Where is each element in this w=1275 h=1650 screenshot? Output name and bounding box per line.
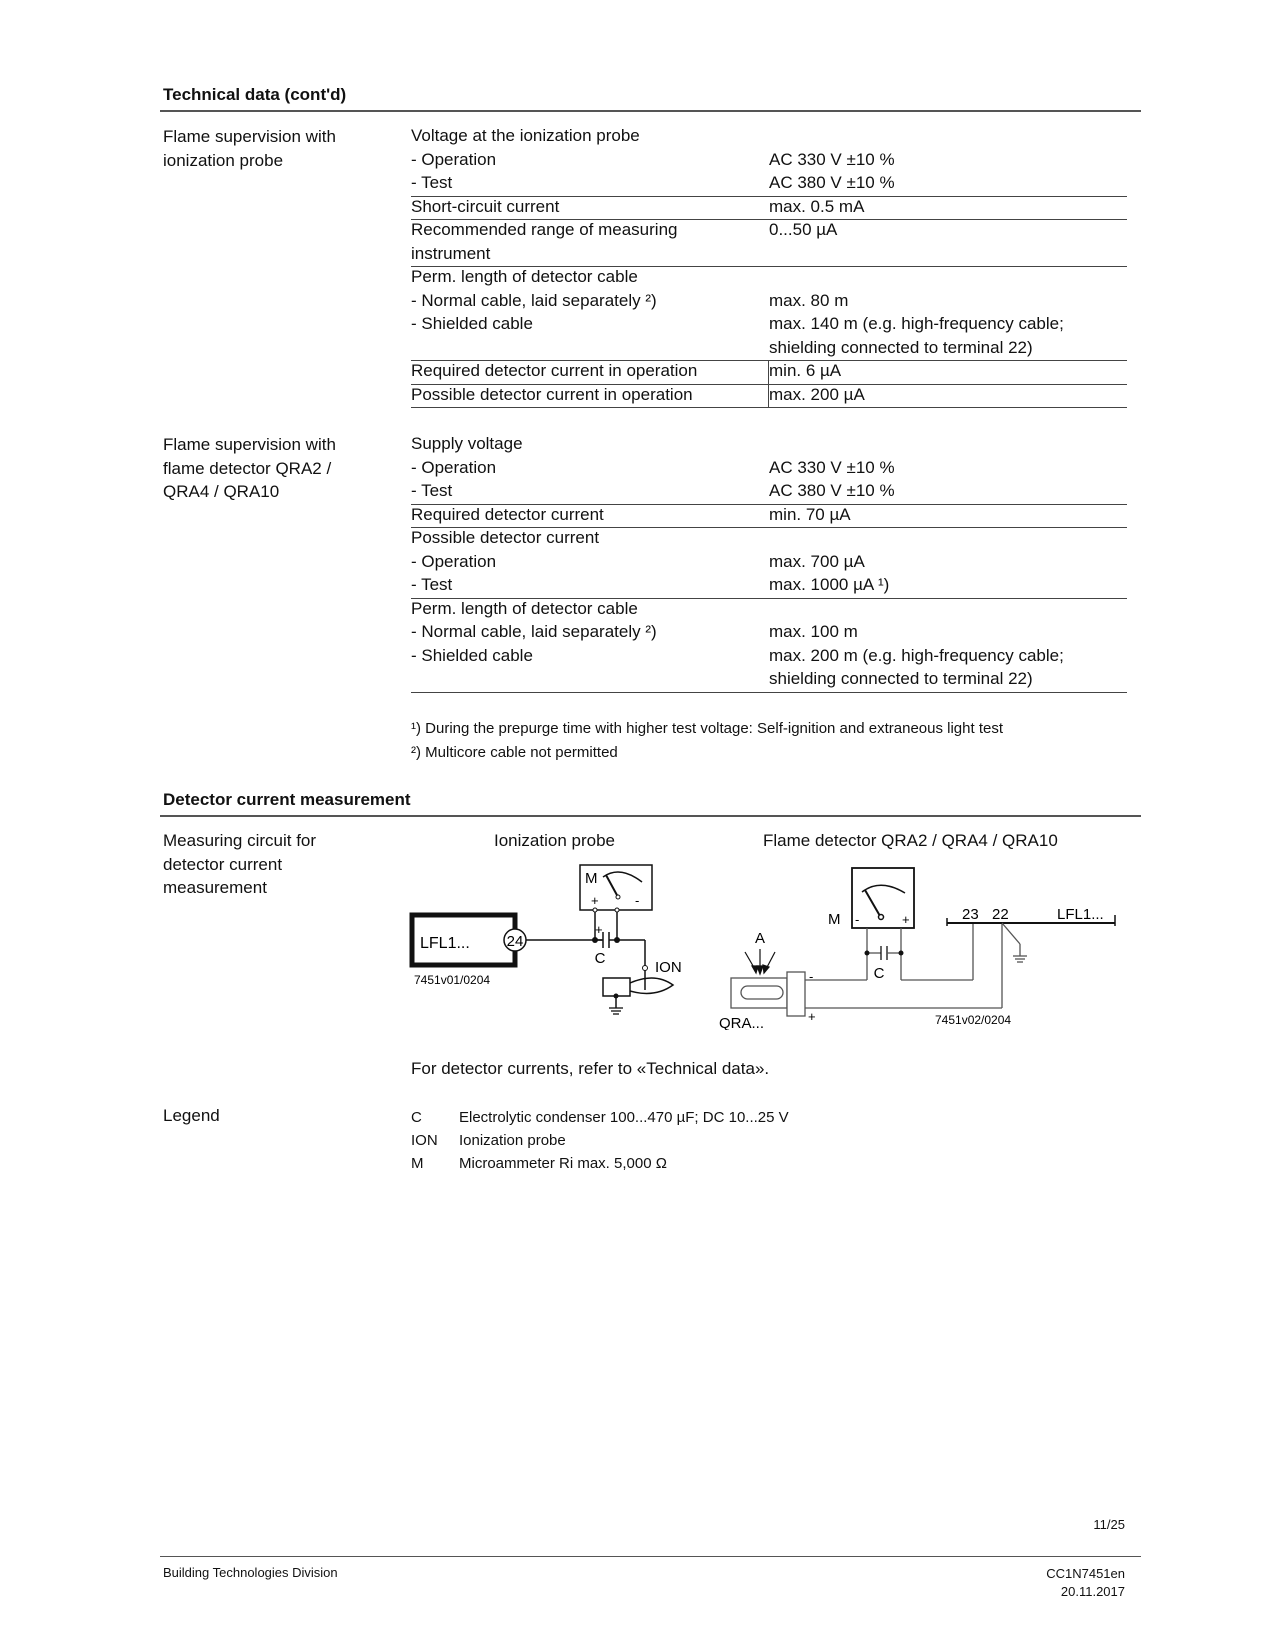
- spec-label: - Shielded cable: [411, 312, 533, 336]
- spec-value: max. 1000 µA ¹): [769, 573, 889, 597]
- cap-label: C: [595, 950, 606, 967]
- spec-value: 0...50 µA: [769, 218, 837, 242]
- spec-label: Possible detector current in operation: [411, 383, 693, 407]
- group-label-line: Flame supervision with: [163, 125, 336, 149]
- footer-division: Building Technologies Division: [163, 1565, 338, 1580]
- section-title-technical-data: Technical data (cont'd): [163, 85, 346, 105]
- group-label-line: Flame supervision with: [163, 433, 336, 457]
- spec-label: Required detector current in operation: [411, 359, 697, 383]
- spec-label: Voltage at the ionization probe: [411, 124, 640, 148]
- diagram-title-flame-detector: Flame detector QRA2 / QRA4 / QRA10: [763, 829, 1058, 853]
- row-divider: [411, 384, 1127, 385]
- footer-divider: [160, 1556, 1141, 1557]
- spec-label: - Normal cable, laid separately ²): [411, 620, 657, 644]
- page-number: 11/25: [1093, 1517, 1125, 1532]
- spec-label: Required detector current: [411, 503, 604, 527]
- doc-id: CC1N7451en: [1046, 1565, 1125, 1583]
- row-divider: [411, 598, 1127, 599]
- meter-label: M: [828, 911, 841, 928]
- spec-label: Supply voltage: [411, 432, 523, 456]
- meter-minus: -: [855, 912, 859, 927]
- qra-minus: -: [809, 969, 813, 984]
- legend-item: IONIonization probe: [411, 1129, 789, 1152]
- spec-value: max. 700 µA: [769, 550, 865, 574]
- legend-text: Ionization probe: [459, 1132, 566, 1149]
- spec-value: AC 380 V ±10 %: [769, 479, 895, 503]
- spec-label: Possible detector current: [411, 526, 599, 550]
- spec-value: max. 200 µA: [769, 383, 865, 407]
- detector-current-note: For detector currents, refer to «Technic…: [411, 1057, 769, 1081]
- row-divider: [411, 407, 1127, 408]
- spec-label: - Test: [411, 171, 452, 195]
- cap-label: C: [874, 965, 885, 982]
- footnote-text: Multicore cable not permitted: [425, 744, 618, 761]
- legend-key: C: [411, 1106, 459, 1129]
- row-divider: [411, 692, 1127, 693]
- terminal-23: 23: [962, 906, 979, 923]
- diagram-ref: 7451v02/0204: [935, 1013, 1011, 1027]
- spec-label: Perm. length of detector cable: [411, 265, 638, 289]
- spec-label: Short-circuit current: [411, 195, 559, 219]
- section-divider: [160, 110, 1141, 112]
- measuring-circuit-label: Measuring circuit for detector current m…: [163, 829, 316, 900]
- footnote-mark: ¹): [411, 720, 421, 737]
- row-divider: [411, 527, 1127, 528]
- spec-value: max. 140 m (e.g. high-frequency cable;: [769, 312, 1064, 336]
- spec-value: shielding connected to terminal 22): [769, 336, 1033, 360]
- legend-item: MMicroammeter Ri max. 5,000 Ω: [411, 1152, 789, 1175]
- footnote-1: ¹) During the prepurge time with higher …: [411, 717, 1003, 740]
- spec-label: Recommended range of measuring: [411, 218, 677, 242]
- row-divider: [411, 504, 1127, 505]
- meter-plus: +: [902, 912, 910, 927]
- light-label: A: [755, 930, 765, 947]
- group-label-line: ionization probe: [163, 149, 336, 173]
- footnote-mark: ²): [411, 744, 421, 761]
- group-label-line: flame detector QRA2 /: [163, 457, 336, 481]
- light-arrows-icon: [745, 949, 775, 974]
- spec-value: max. 0.5 mA: [769, 195, 864, 219]
- spec-label: - Normal cable, laid separately ²): [411, 289, 657, 313]
- row-divider: [411, 266, 1127, 267]
- spec-value: AC 380 V ±10 %: [769, 171, 895, 195]
- spec-label: - Test: [411, 479, 452, 503]
- row-divider: [411, 219, 1127, 220]
- spec-label: instrument: [411, 242, 490, 266]
- group-label-line: QRA4 / QRA10: [163, 480, 336, 504]
- legend-key: ION: [411, 1129, 459, 1152]
- spec-value: max. 80 m: [769, 289, 848, 313]
- ionization-probe-circuit-diagram: LFL1... 24 + C M + - ION 7451v01/0204: [405, 860, 685, 1020]
- section-divider: [160, 815, 1141, 817]
- lfl-unit-label: LFL1...: [420, 935, 470, 952]
- spec-label: - Shielded cable: [411, 644, 533, 668]
- legend-list: CElectrolytic condenser 100...470 µF; DC…: [411, 1106, 789, 1175]
- legend-label: Legend: [163, 1104, 220, 1128]
- group-label-flame-detector: Flame supervision with flame detector QR…: [163, 433, 336, 504]
- ionization-flame: [630, 978, 673, 993]
- column-divider: [768, 360, 769, 384]
- group-label-ionization: Flame supervision with ionization probe: [163, 125, 336, 172]
- label-line: Measuring circuit for: [163, 829, 316, 853]
- ion-label: ION: [655, 959, 682, 976]
- cap-plus: +: [595, 922, 603, 937]
- legend-text: Electrolytic condenser 100...470 µF; DC …: [459, 1109, 789, 1126]
- label-line: measurement: [163, 876, 316, 900]
- label-line: detector current: [163, 853, 316, 877]
- spec-value: max. 200 m (e.g. high-frequency cable;: [769, 644, 1064, 668]
- footnote-text: During the prepurge time with higher tes…: [425, 720, 1003, 737]
- qra-window: [741, 986, 783, 999]
- spec-label: Perm. length of detector cable: [411, 597, 638, 621]
- spec-label: - Test: [411, 573, 452, 597]
- column-divider: [768, 384, 769, 408]
- section-title-detector-current: Detector current measurement: [163, 790, 411, 810]
- spec-label: - Operation: [411, 148, 496, 172]
- qra-label: QRA...: [719, 1015, 764, 1030]
- diagram-title-ionization: Ionization probe: [494, 829, 615, 853]
- spec-value: shielding connected to terminal 22): [769, 667, 1033, 691]
- terminal-24-label: 24: [507, 933, 524, 950]
- flame-detector-circuit-diagram: M - + C 23 22 LFL1... - + QRA... A 7451v…: [715, 860, 1125, 1030]
- spec-label: - Operation: [411, 456, 496, 480]
- footer-doc-info: CC1N7451en 20.11.2017: [1046, 1565, 1125, 1601]
- doc-date: 20.11.2017: [1046, 1583, 1125, 1601]
- legend-key: M: [411, 1152, 459, 1175]
- terminal-22: 22: [992, 906, 1009, 923]
- meter-plus: +: [591, 893, 599, 908]
- qra-connector: [787, 972, 805, 1016]
- footnote-2: ²) Multicore cable not permitted: [411, 741, 618, 764]
- row-divider: [411, 360, 1127, 361]
- burner-head: [603, 978, 630, 996]
- legend-text: Microammeter Ri max. 5,000 Ω: [459, 1155, 667, 1172]
- meter-minus: -: [635, 893, 639, 908]
- spec-value: AC 330 V ±10 %: [769, 148, 895, 172]
- diagram-ref: 7451v01/0204: [414, 973, 490, 987]
- spec-value: min. 6 µA: [769, 359, 841, 383]
- qra-plus: +: [808, 1009, 816, 1024]
- spec-value: AC 330 V ±10 %: [769, 456, 895, 480]
- qra-detector-body: [731, 978, 787, 1008]
- meter-label: M: [585, 870, 598, 887]
- legend-item: CElectrolytic condenser 100...470 µF; DC…: [411, 1106, 789, 1129]
- spec-value: min. 70 µA: [769, 503, 851, 527]
- spec-value: max. 100 m: [769, 620, 858, 644]
- lfl-unit-label: LFL1...: [1057, 906, 1104, 923]
- row-divider: [411, 196, 1127, 197]
- spec-label: - Operation: [411, 550, 496, 574]
